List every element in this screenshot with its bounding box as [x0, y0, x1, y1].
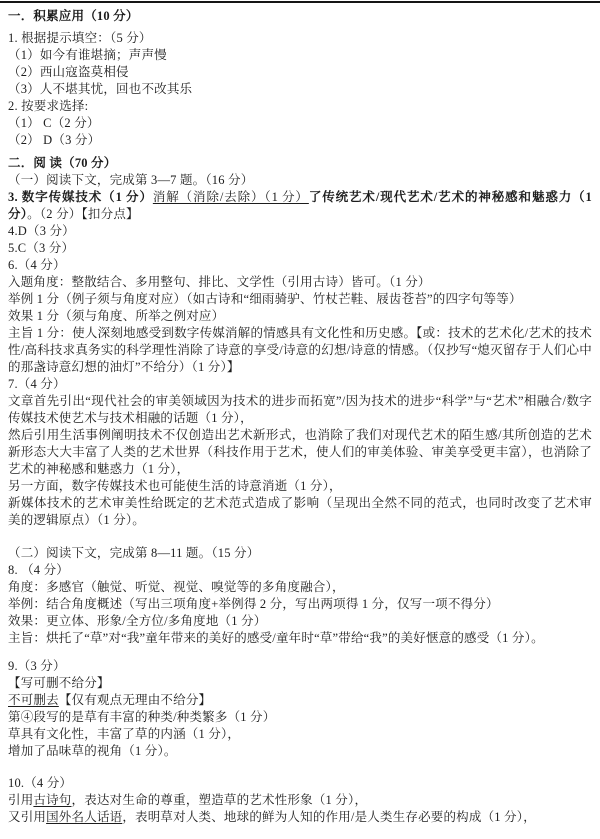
text-run: 引用: [8, 793, 33, 807]
text-run: 不可删去: [8, 693, 59, 707]
text-run: 6.（4 分）: [8, 258, 66, 272]
q9-point-1: 第④段写的是草有丰富的种类/种类繁多（1 分）: [8, 709, 592, 726]
q7-point-3: 另一方面，数字传媒技术也可能使生活的诗意消逝（1 分），: [8, 478, 592, 495]
q2-prompt: 2. 按要求选择:: [8, 98, 592, 115]
text-run: 文章首先引出“现代社会的审美领域因为技术的进步而拓宽”/因为技术的进步“科学”与…: [8, 394, 592, 425]
q6-score: 6.（4 分）: [8, 257, 592, 274]
q4-answer: 4.D（3 分）: [8, 223, 592, 240]
part-2-intro: （二）阅读下文，完成第 8—11 题。（15 分）: [8, 545, 592, 562]
q10-point-1: 引用古诗句，表达对生命的尊重，塑造草的艺术性形象（1 分），: [8, 792, 592, 809]
text-run: 消解（消除/去除）（1 分）: [153, 190, 309, 204]
text-run: 增加了品味草的视角（1 分）。: [8, 744, 177, 758]
text-run: 10.（4 分）: [8, 776, 72, 790]
text-run: 另一方面，数字传媒技术也可能使生活的诗意消逝（1 分），: [8, 479, 342, 493]
text-run: 8. （4 分）: [8, 563, 69, 577]
section-1-heading: 一．积累应用（10 分）: [8, 8, 592, 25]
q7-point-2: 然后引用生活事例阐明技术不仅创造出艺术新形式，也消除了我们对现代艺术的陌生感/其…: [8, 427, 592, 478]
text-run: 草具有文化性，丰富了草的内涵（1 分），: [8, 727, 240, 741]
text-run: （2） D（3 分）: [8, 133, 100, 147]
q6-angle: 入题角度：整散结合、多用整句、排比、文学性（引用古诗）皆可。（1 分）: [8, 274, 592, 291]
q6-theme: 主旨 1 分：使人深刻地感受到数字传媒消解的情感具有文化性和历史感。【或：技术的…: [8, 325, 592, 376]
text-run: 【仅有观点无理由不给分】: [59, 693, 211, 707]
text-run: （一）阅读下文，完成第 3—7 题。（16 分）: [8, 173, 253, 187]
q1-prompt: 1. 根据提示填空：（5 分）: [8, 30, 592, 47]
text-run: （1）如今有谁堪摘；声声慢: [8, 48, 167, 62]
text-run: 。（2 分）【扣分点】: [27, 207, 139, 221]
q3-answer: 3. 数字传媒技术（1 分）消解（消除/去除）（1 分）了传统艺术/现代艺术/艺…: [8, 189, 592, 223]
q7-score: 7.（4 分）: [8, 376, 592, 393]
text-run: 【写可删不给分】: [8, 676, 110, 690]
text-run: 一．积累应用（10 分）: [8, 9, 139, 23]
text-run: 4.D（3 分）: [8, 224, 75, 238]
q8-effect: 效果：更立体、形象/全方位/多角度地（1 分）: [8, 613, 592, 630]
q9-note: 【写可删不给分】: [8, 675, 592, 692]
q6-effect: 效果 1 分（须与角度、所举之例对应）: [8, 308, 592, 325]
text-run: 2. 按要求选择:: [8, 99, 88, 113]
q8-example: 举例：结合角度概述（写出三项角度+举例得 2 分，写出两项得 1 分，仅写一项不…: [8, 596, 592, 613]
answer-key-page: 一．积累应用（10 分）1. 根据提示填空：（5 分）（1）如今有谁堪摘；声声慢…: [0, 1, 600, 839]
q5-answer: 5.C（3 分）: [8, 240, 592, 257]
q2-answer-2: （2） D（3 分）: [8, 132, 592, 149]
q10-score: 10.（4 分）: [8, 775, 592, 792]
text-run: 举例：结合角度概述（写出三项角度+举例得 2 分，写出两项得 1 分，仅写一项不…: [8, 597, 499, 611]
text-run: （1） C（2 分）: [8, 116, 100, 130]
q10-point-2: 又引用国外名人话语，表明草对人类、地球的鲜为人知的作用/是人类生存必要的构成（1…: [8, 809, 592, 826]
q7-point-4: 新媒体技术的艺术审美性给既定的艺术范式造成了影响（呈现出全然不同的范式，也同时改…: [8, 495, 592, 529]
text-run: 主旨：烘托了“草”对“我”童年带来的美好的感受/童年时“草”带给“我”的美好惬意…: [8, 631, 544, 645]
text-run: 国外名人话语: [46, 810, 122, 824]
q9-score: 9.（3 分）: [8, 658, 592, 675]
q9-point-3: 增加了品味草的视角（1 分）。: [8, 743, 592, 760]
text-run: 举例 1 分（例子须与角度对应）（如古诗和“细雨骑驴、竹杖芒鞋、屐齿苍苔”的四字…: [8, 292, 522, 306]
text-run: 新媒体技术的艺术审美性给既定的艺术范式造成了影响（呈现出全然不同的范式，也同时改…: [8, 496, 592, 527]
text-run: 角度：多感官（触觉、听觉、视觉、嗅觉等的多角度融合），: [8, 580, 345, 594]
text-run: （2）西山寇盗莫相侵: [8, 65, 129, 79]
text-run: 然后引用生活事例阐明技术不仅创造出艺术新形式，也消除了我们对现代艺术的陌生感/其…: [8, 428, 592, 476]
q9-point-2: 草具有文化性，丰富了草的内涵（1 分），: [8, 726, 592, 743]
text-run: 效果 1 分（须与角度、所举之例对应）: [8, 309, 224, 323]
text-run: （二）阅读下文，完成第 8—11 题。（15 分）: [8, 546, 259, 560]
q1-answer-1: （1）如今有谁堪摘；声声慢: [8, 47, 592, 64]
text-run: 二．阅 读（70 分）: [8, 156, 116, 170]
q2-answer-1: （1） C（2 分）: [8, 115, 592, 132]
text-run: 9.（3 分）: [8, 659, 66, 673]
text-run: （3）人不堪其忧，回也不改其乐: [8, 82, 192, 96]
text-run: 7.（4 分）: [8, 377, 66, 391]
q8-score: 8. （4 分）: [8, 562, 592, 579]
text-run: 主旨 1 分：使人深刻地感受到数字传媒消解的情感具有文化性和历史感。【或：技术的…: [8, 326, 592, 374]
text-run: 第④段写的是草有丰富的种类/种类繁多（1 分）: [8, 710, 275, 724]
text-run: 又引用: [8, 810, 46, 824]
q8-angle: 角度：多感官（触觉、听觉、视觉、嗅觉等的多角度融合），: [8, 579, 592, 596]
text-run: 5.C（3 分）: [8, 241, 74, 255]
text-run: 古诗句: [33, 793, 71, 807]
document-body: 一．积累应用（10 分）1. 根据提示填空：（5 分）（1）如今有谁堪摘；声声慢…: [0, 3, 600, 826]
part-1-intro: （一）阅读下文，完成第 3—7 题。（16 分）: [8, 172, 592, 189]
q6-example: 举例 1 分（例子须与角度对应）（如古诗和“细雨骑驴、竹杖芒鞋、屐齿苍苔”的四字…: [8, 291, 592, 308]
q9-stance: 不可删去【仅有观点无理由不给分】: [8, 692, 592, 709]
q7-point-1: 文章首先引出“现代社会的审美领域因为技术的进步而拓宽”/因为技术的进步“科学”与…: [8, 393, 592, 427]
text-run: ，表达对生命的尊重，塑造草的艺术性形象（1 分），: [72, 793, 368, 807]
q8-theme: 主旨：烘托了“草”对“我”童年带来的美好的感受/童年时“草”带给“我”的美好惬意…: [8, 630, 592, 647]
text-run: 3. 数字传媒技术（1 分）: [8, 190, 153, 204]
text-run: 入题角度：整散结合、多用整句、排比、文学性（引用古诗）皆可。（1 分）: [8, 275, 431, 289]
text-run: 1. 根据提示填空：（5 分）: [8, 31, 152, 45]
q1-answer-2: （2）西山寇盗莫相侵: [8, 64, 592, 81]
text-run: 效果：更立体、形象/全方位/多角度地（1 分）: [8, 614, 266, 628]
q1-answer-3: （3）人不堪其忧，回也不改其乐: [8, 81, 592, 98]
text-run: ，表明草对人类、地球的鲜为人知的作用/是人类生存必要的构成（1 分），: [122, 810, 536, 824]
section-2-heading: 二．阅 读（70 分）: [8, 155, 592, 172]
